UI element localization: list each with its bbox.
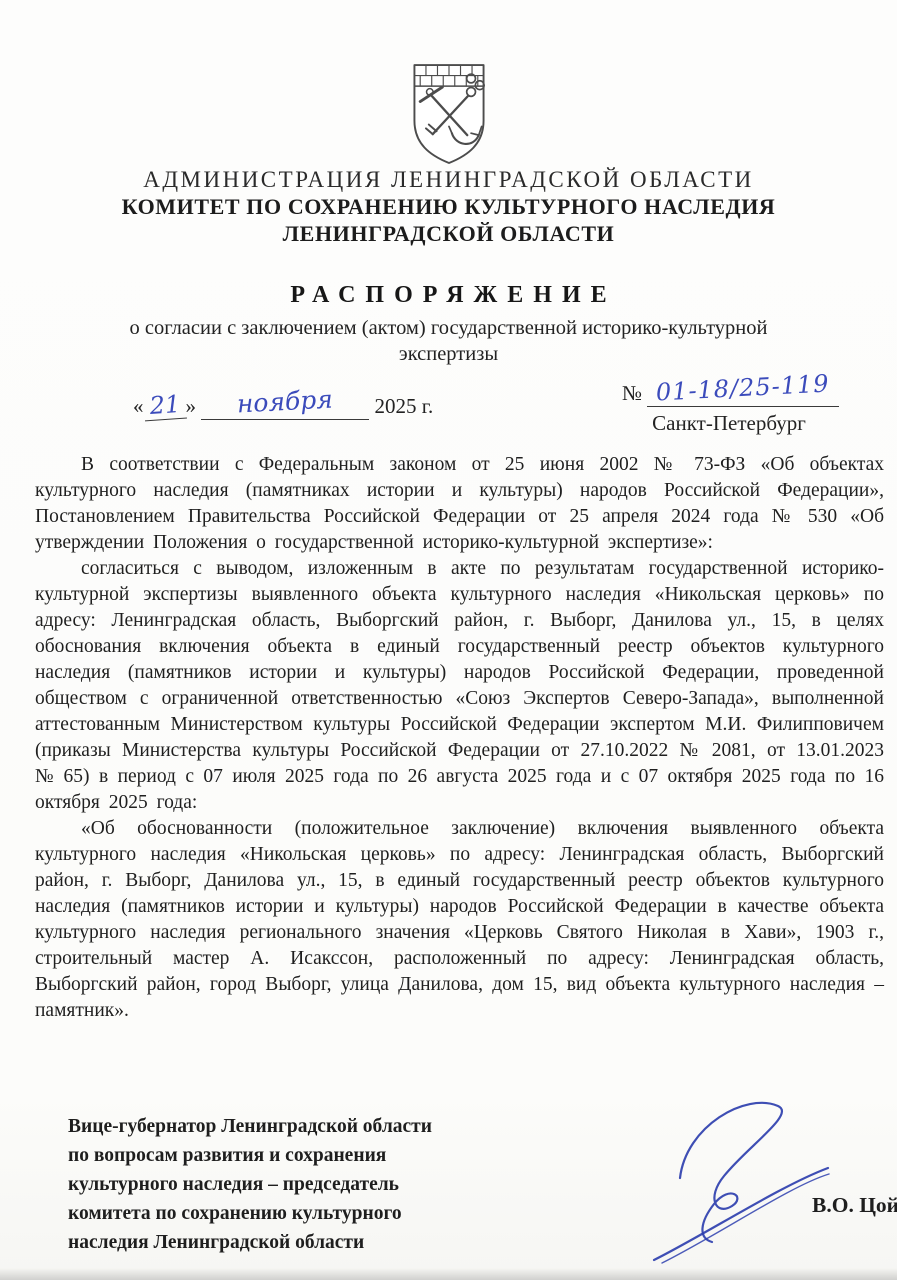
signatory-position: Вице-губернатор Ленинградской области по… — [68, 1112, 498, 1257]
number-sign: № — [622, 381, 642, 405]
signatory-position-line: комитета по сохранению культурного — [68, 1199, 498, 1228]
date-open-quote: « — [133, 394, 144, 418]
org-header: АДМИНИСТРАЦИЯ ЛЕНИНГРАДСКОЙ ОБЛАСТИ КОМИ… — [0, 166, 897, 247]
meta-row: «21» ноября 2025 г. № 01-18/25-119 Санкт… — [0, 378, 897, 458]
title-block: РАСПОРЯЖЕНИЕ о согласии с заключением (а… — [0, 282, 897, 367]
signatory-name: В.О. Цой — [812, 1193, 897, 1218]
document-body: В соответствии с Федеральным законом от … — [35, 452, 884, 1024]
signatory-position-line: наследия Ленинградской области — [68, 1228, 498, 1257]
org-name-line2: КОМИТЕТ ПО СОХРАНЕНИЮ КУЛЬТУРНОГО НАСЛЕД… — [0, 193, 897, 220]
date-close-quote: » — [186, 394, 197, 418]
document-subtitle: о согласии с заключением (актом) государ… — [79, 315, 819, 367]
date-day-handwritten: 21 — [143, 390, 187, 422]
scanned-document-page: АДМИНИСТРАЦИЯ ЛЕНИНГРАДСКОЙ ОБЛАСТИ КОМИ… — [0, 0, 897, 1280]
signatory-position-line: Вице-губернатор Ленинградской области — [68, 1112, 498, 1141]
body-paragraph: «Об обоснованности (положительное заключ… — [35, 816, 884, 1024]
signatory-position-line: культурного наследия – председатель — [68, 1170, 498, 1199]
coat-of-arms-icon — [401, 56, 497, 172]
body-paragraph: В соответствии с Федеральным законом от … — [35, 452, 884, 556]
body-paragraph: согласиться с выводом, изложенным в акте… — [35, 556, 884, 816]
handwritten-signature — [628, 1082, 838, 1274]
document-title: РАСПОРЯЖЕНИЕ — [0, 282, 897, 309]
document-number-handwritten: 01-18/25-119 — [647, 378, 839, 407]
date-line: «21» ноября 2025 г. — [133, 390, 433, 420]
org-name-line1: АДМИНИСТРАЦИЯ ЛЕНИНГРАДСКОЙ ОБЛАСТИ — [0, 166, 897, 193]
org-name-line3: ЛЕНИНГРАДСКОЙ ОБЛАСТИ — [0, 220, 897, 247]
number-block: № 01-18/25-119 Санкт-Петербург — [622, 378, 862, 436]
date-year: 2025 г. — [375, 394, 434, 418]
date-month-handwritten: ноября — [201, 390, 369, 420]
place-name: Санкт-Петербург — [622, 411, 836, 436]
signatory-position-line: по вопросам развития и сохранения — [68, 1141, 498, 1170]
